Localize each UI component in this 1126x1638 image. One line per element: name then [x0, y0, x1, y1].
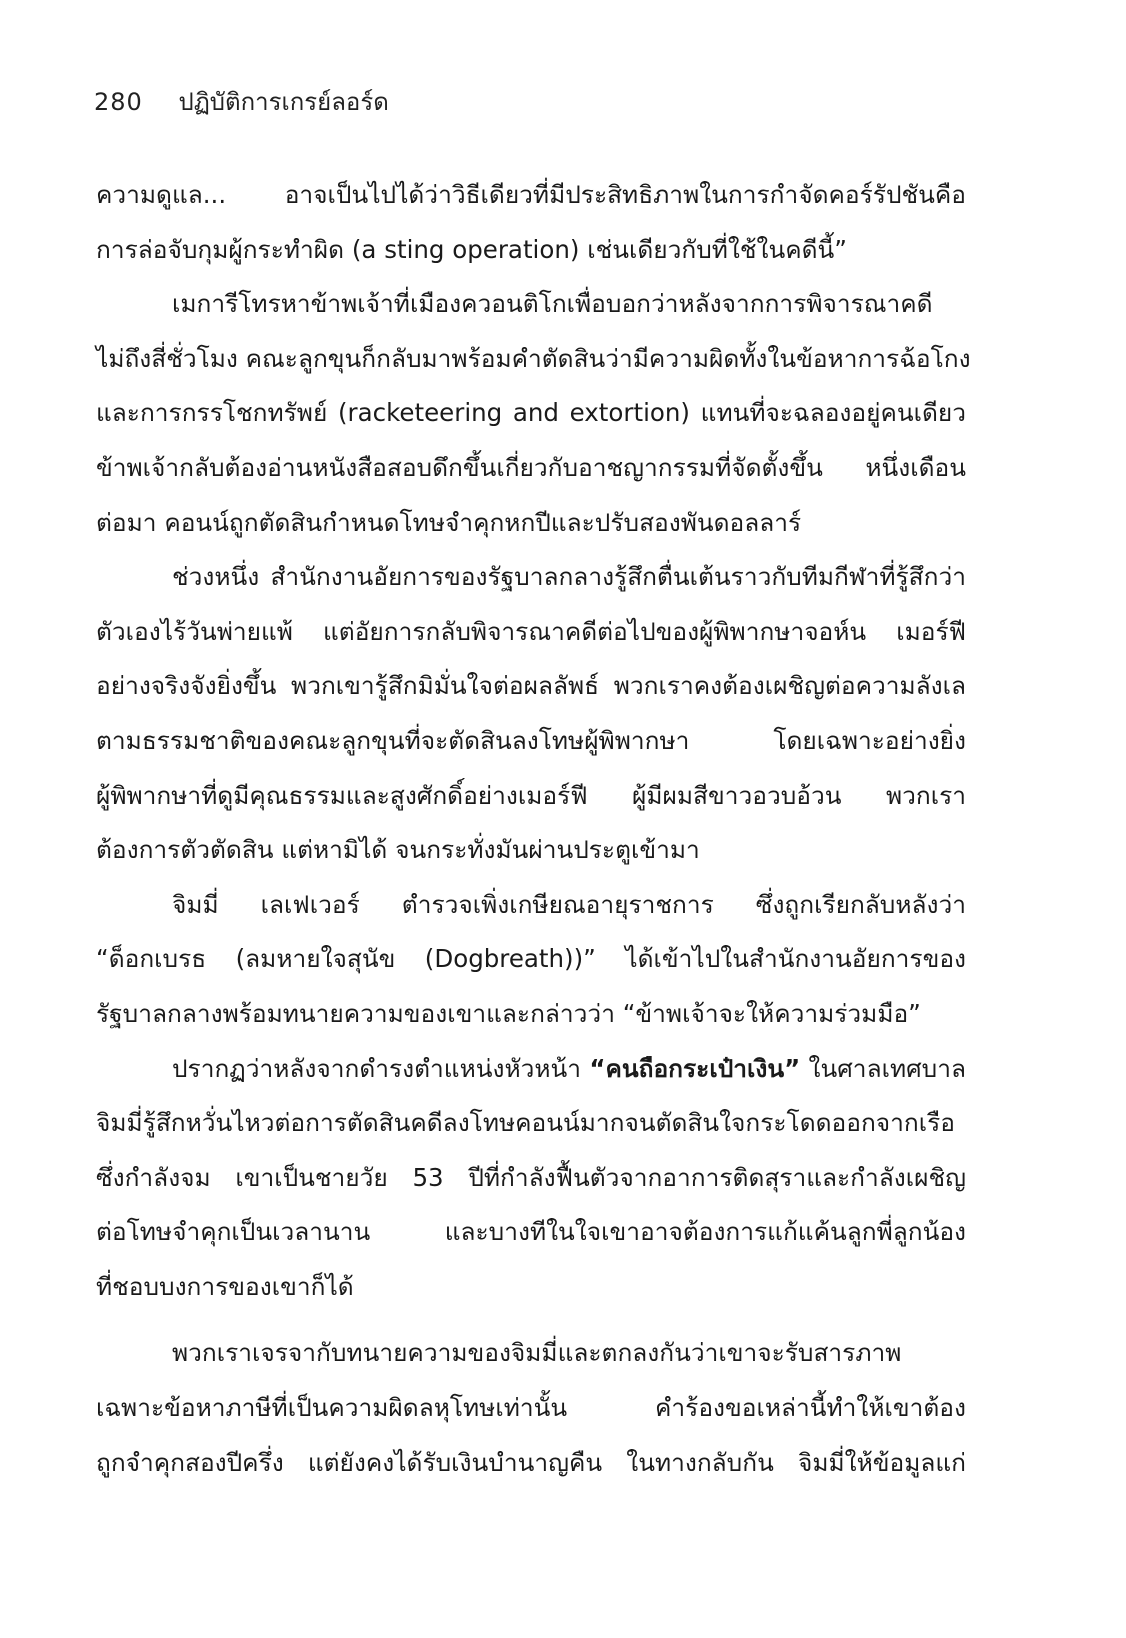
- text-line: ช่วงหนึ่ง สำนักงานอัยการของรัฐบาลกลางรู้…: [96, 550, 966, 605]
- text-run: ปรากฏว่าหลังจากดำรงตำแหน่งหัวหน้า: [172, 1054, 589, 1083]
- paragraph-gap: [96, 1314, 966, 1326]
- body-text: ความดูแล... อาจเป็นไปได้ว่าวิธีเดียวที่ม…: [96, 168, 966, 1490]
- paragraph: ปรากฏว่าหลังจากดำรงตำแหน่งหัวหน้า “คนถือ…: [96, 1042, 966, 1315]
- page-number: 280: [94, 84, 143, 120]
- text-line: การล่อจับกุมผู้กระทำผิด (a sting operati…: [96, 223, 966, 278]
- text-line: ถูกจำคุกสองปีครึ่ง แต่ยังคงได้รับเงินบำน…: [96, 1436, 966, 1491]
- text-run: ในศาลเทศบาล: [800, 1054, 966, 1083]
- text-line: เมการีโทรหาข้าพเจ้าที่เมืองควอนติโกเพื่อ…: [96, 277, 966, 332]
- text-line: ตัวเองไร้วันพ่ายแพ้ แต่อัยการกลับพิจารณา…: [96, 605, 966, 660]
- text-line: ซึ่งกำลังจม เขาเป็นชายวัย 53 ปีที่กำลังฟ…: [96, 1151, 966, 1206]
- text-line: ไม่ถึงสี่ชั่วโมง คณะลูกขุนก็กลับมาพร้อมค…: [96, 332, 966, 387]
- text-line: ต่อโทษจำคุกเป็นเวลานาน และบางทีในใจเขาอา…: [96, 1205, 966, 1260]
- text-line: รัฐบาลกลางพร้อมทนายความของเขาและกล่าวว่า…: [96, 987, 966, 1042]
- paragraph: พวกเราเจรจากับทนายความของจิมมี่และตกลงกั…: [96, 1326, 966, 1490]
- text-line: ความดูแล... อาจเป็นไปได้ว่าวิธีเดียวที่ม…: [96, 168, 966, 223]
- text-line: จิมมี่รู้สึกหวั่นไหวต่อการตัดสินคดีลงโทษ…: [96, 1096, 966, 1151]
- text-line: ปรากฏว่าหลังจากดำรงตำแหน่งหัวหน้า “คนถือ…: [96, 1042, 966, 1097]
- paragraph: เมการีโทรหาข้าพเจ้าที่เมืองควอนติโกเพื่อ…: [96, 277, 966, 550]
- text-line: ผู้พิพากษาที่ดูมีคุณธรรมและสูงศักดิ์อย่า…: [96, 769, 966, 824]
- text-line: ต้องการตัวตัดสิน แต่หามิได้ จนกระทั่งมัน…: [96, 823, 966, 878]
- text-line: เฉพาะข้อหาภาษีที่เป็นความผิดลหุโทษเท่านั…: [96, 1381, 966, 1436]
- text-line: พวกเราเจรจากับทนายความของจิมมี่และตกลงกั…: [96, 1326, 966, 1381]
- paragraph: จิมมี่ เลเฟเวอร์ ตำรวจเพิ่งเกษียณอายุราช…: [96, 878, 966, 1042]
- text-line: “ด็อกเบรธ (ลมหายใจสุนัข (Dogbreath))” ได…: [96, 932, 966, 987]
- running-head: 280 ปฏิบัติการเกรย์ลอร์ด: [94, 84, 389, 120]
- paragraph: ช่วงหนึ่ง สำนักงานอัยการของรัฐบาลกลางรู้…: [96, 550, 966, 878]
- text-line: ต่อมา คอนน์ถูกตัดสินกำหนดโทษจำคุกหกปีและ…: [96, 496, 966, 551]
- text-line: ที่ชอบบงการของเขาก็ได้: [96, 1260, 966, 1315]
- text-line: ตามธรรมชาติของคณะลูกขุนที่จะตัดสินลงโทษผ…: [96, 714, 966, 769]
- text-line: อย่างจริงจังยิ่งขึ้น พวกเขารู้สึกมิมั่นใ…: [96, 659, 966, 714]
- text-line: จิมมี่ เลเฟเวอร์ ตำรวจเพิ่งเกษียณอายุราช…: [96, 878, 966, 933]
- text-line: ข้าพเจ้ากลับต้องอ่านหนังสือสอบดึกขึ้นเกี…: [96, 441, 966, 496]
- text-line: และการกรรโชกทรัพย์ (racketeering and ext…: [96, 386, 966, 441]
- emphasized-term: “คนถือกระเป๋าเงิน”: [589, 1054, 800, 1083]
- paragraph: ความดูแล... อาจเป็นไปได้ว่าวิธีเดียวที่ม…: [96, 168, 966, 277]
- book-title: ปฏิบัติการเกรย์ลอร์ด: [178, 84, 388, 120]
